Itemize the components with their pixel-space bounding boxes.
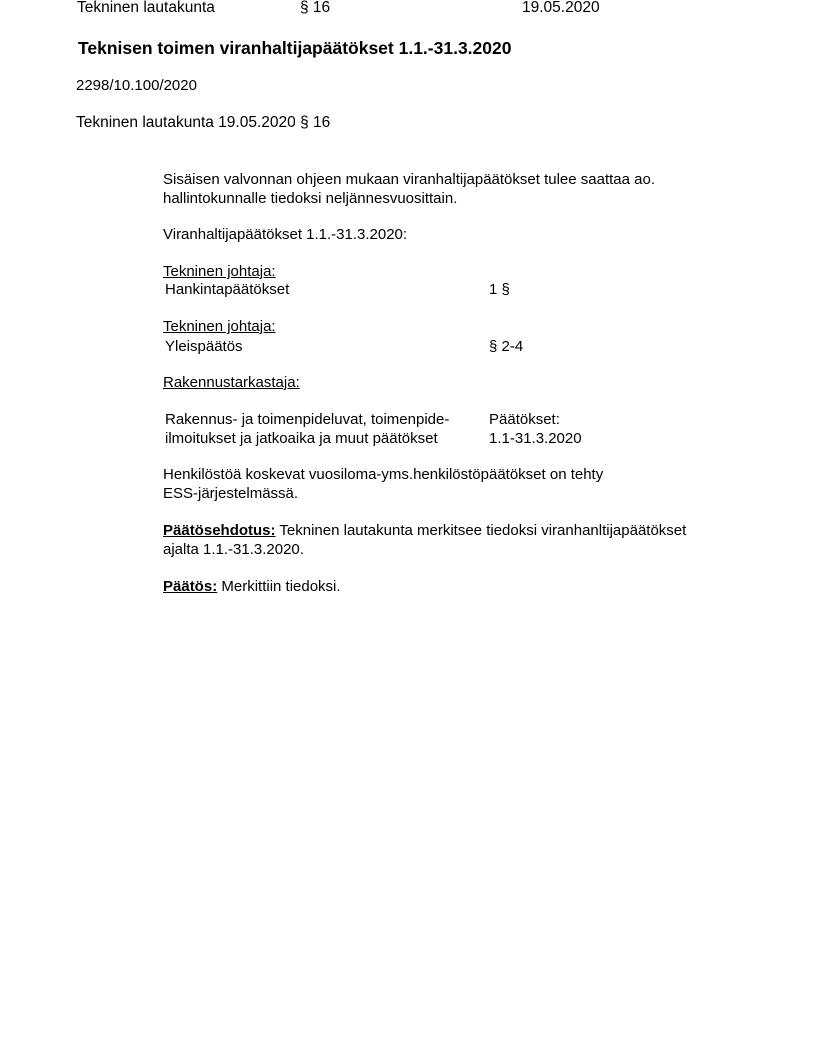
section-value: § 2-4 (489, 337, 523, 356)
proposal-line: Päätösehdotus: Tekninen lautakunta merki… (163, 521, 686, 540)
section-label-building-inspector: Rakennustarkastaja: (163, 373, 300, 392)
section-item: Rakennus- ja toimenpideluvat, toimenpide… (165, 410, 449, 448)
decision-text: Merkittiin tiedoksi. (217, 578, 340, 595)
header-section-number: § 16 (300, 0, 330, 17)
section-item-line: ilmoitukset ja jatkoaika ja muut päätöks… (165, 429, 449, 448)
personnel-paragraph: Henkilöstöä koskevat vuosiloma-yms.henki… (163, 465, 603, 503)
intro-paragraph: Sisäisen valvonnan ohjeen mukaan viranha… (163, 170, 655, 208)
meeting-reference: Tekninen lautakunta 19.05.2020 § 16 (76, 113, 330, 132)
header-date: 19.05.2020 (522, 0, 600, 17)
proposal-label: Päätösehdotus: (163, 522, 276, 539)
decision: Päätös: Merkittiin tiedoksi. (163, 577, 341, 596)
intro-line: hallintokunnalle tiedoksi neljännesvuosi… (163, 189, 655, 208)
header-committee: Tekninen lautakunta (77, 0, 215, 17)
intro-line: Sisäisen valvonnan ohjeen mukaan viranha… (163, 170, 655, 189)
reference-number: 2298/10.100/2020 (76, 76, 197, 95)
section-item-line: Rakennus- ja toimenpideluvat, toimenpide… (165, 410, 449, 429)
section-value-line: Päätökset: (489, 410, 582, 429)
personnel-line: ESS-järjestelmässä. (163, 484, 603, 503)
section-label-technical-director: Tekninen johtaja: (163, 262, 276, 281)
proposal-text: Tekninen lautakunta merkitsee tiedoksi v… (276, 522, 687, 539)
section-value-line: 1.1-31.3.2020 (489, 429, 582, 448)
section-value: 1 § (489, 280, 510, 299)
page-title: Teknisen toimen viranhaltijapäätökset 1.… (78, 37, 511, 59)
decision-proposal: Päätösehdotus: Tekninen lautakunta merki… (163, 521, 686, 559)
section-item: Hankintapäätökset (165, 280, 289, 299)
section-value: Päätökset: 1.1-31.3.2020 (489, 410, 582, 448)
section-item: Yleispäätös (165, 337, 243, 356)
decision-label: Päätös: (163, 578, 217, 595)
period-heading: Viranhaltijapäätökset 1.1.-31.3.2020: (163, 225, 407, 244)
proposal-line: ajalta 1.1.-31.3.2020. (163, 540, 686, 559)
section-label-technical-director: Tekninen johtaja: (163, 317, 276, 336)
personnel-line: Henkilöstöä koskevat vuosiloma-yms.henki… (163, 465, 603, 484)
